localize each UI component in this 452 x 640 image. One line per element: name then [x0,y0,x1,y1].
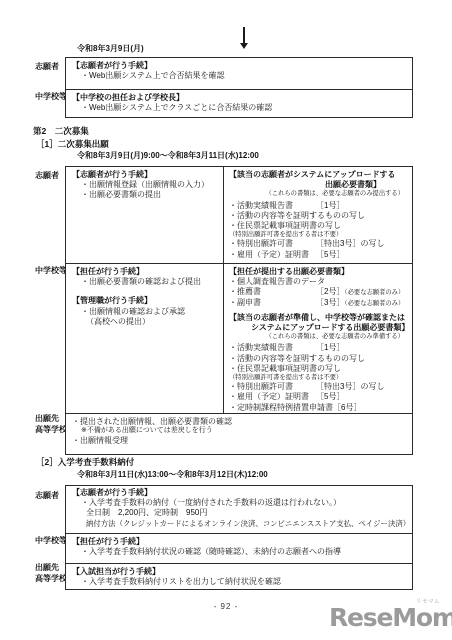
doc-tag: ［1号］ [316,201,344,210]
docs-header-line2: 出願必要書類】 [229,180,407,190]
doc-item: ・個人調査報告書のデータ [229,277,407,287]
table-row-jhs: 【担任が行う手続】 ・入学考査手数料納付状況の確認（随時確認）、未納付の志願者へ… [66,533,412,563]
doc-item: ・雇用（予定）証明書［5号］ [229,392,407,402]
row-label-dest-line1: 出願先 [35,414,59,424]
procedure-header: 【中学校の担任および学校長】 [72,93,406,103]
s2-date: 令和8年3月11日(水)13:00～令和8年3月12日(木)12:00 [77,470,268,480]
doc-item: ・推薦書［2号］（必要な志願者のみ） [229,287,407,297]
procedure-item: ・入学考査手数料納付リストを出力して納付状況を確認 [72,577,406,587]
table-row: 【志願者が行う手続】 ・Web出願システム上で合否結果を確認 [66,58,412,89]
document-page: 令和8年3月9日(月) 志願者 中学校等 【志願者が行う手続】 ・Web出願シス… [0,0,452,640]
resemom-logo-ruby: リセマム [416,599,440,606]
s1-date: 令和8年3月9日(月)9:00～令和8年3月11日(水)12:00 [77,151,259,161]
procedure-item: ・出願必要書類の提出 [72,190,217,200]
doc-item: ・特別出願許可書［特出3号］の写し [229,382,407,392]
procedure-header: 【入試担当が行う手続】 [72,567,406,577]
procedure-item: ・入学考査手数料の納付（一度納付された手数料の返還は行われない。） [72,498,406,508]
procedure-header: 【担任が行う手続】 [72,267,217,277]
row-label-applicant: 志願者 [35,491,59,501]
table-row-jhs: 【担任が行う手続】 ・出願必要書類の確認および提出 【管理職が行う手続】 ・出願… [66,263,412,413]
procedure-item: ・出願情報の確認および承認 [72,307,217,317]
procedure-item: ・提出された出願情報、出願必要書類の確認 [72,417,406,427]
section-heading-s2: ［2］入学考査手数料納付 [36,457,134,468]
doc-tag: ［5号］ [316,392,344,401]
procedure-item: ・Web出願システム上でクラスごとに合否結果の確認 [72,103,406,113]
row-label-jhs: 中学校等 [35,266,67,276]
result-table: 【志願者が行う手続】 ・Web出願システム上で合否結果を確認 【中学校の担任およ… [65,57,413,118]
docs-header: 【担任が提出する出願必要書類】 [229,267,407,277]
doc-item: ・住民票記載事項証明書の写し [229,221,407,231]
row-label-jhs: 中学校等 [35,92,67,102]
down-arrow-head [240,43,248,49]
row-label-dest-line1: 出願先 [35,563,59,573]
doc-item: ・定時制課程特例措置申請書［6号］ [229,403,407,413]
procedure-item: 全日制 2,200円、定時制 950円 [72,508,406,518]
procedure-item: ・入学考査手数料納付状況の確認（随時確認）、未納付の志願者への指導 [72,547,406,557]
docs-header-line1: 【該当の志願者が準備し、中学校等が確認または [229,313,407,323]
doc-subnote: （特別出願許可書を提出する者は不要） [229,374,407,382]
row-label-dest-line2: 高等学校 [35,574,67,584]
row-label-jhs: 中学校等 [35,536,67,546]
doc-note: （必要な志願者のみ） [344,300,404,307]
procedure-header: 【担任が行う手続】 [72,537,406,547]
doc-tag: ［2号］ [316,287,344,296]
procedure-note: ※不備がある出願については差戻しを行う [72,427,406,436]
table-row-dest: ・提出された出願情報、出願必要書類の確認 ※不備がある出願については差戻しを行う… [66,413,412,456]
section-heading-s1: ［1］二次募集出願 [36,139,109,150]
procedure-item: ・出願必要書類の確認および提出 [72,277,217,287]
table-row-applicant: 【志願者が行う手続】 ・入学考査手数料の納付（一度納付された手数料の返還は行われ… [66,486,412,533]
table-row-applicant: 【志願者が行う手続】 ・出願情報登録（出願情報の入力） ・出願必要書類の提出 【… [66,167,412,263]
doc-tag: ［特出3号］の写し [316,239,384,248]
docs-header-line1: 【該当の志願者がシステムにアップロードする [229,170,407,180]
doc-tag: ［1号］ [316,343,344,352]
fee-table: 【志願者が行う手続】 ・入学考査手数料の納付（一度納付された手数料の返還は行われ… [65,485,413,590]
section-heading-part2: 第2 二次募集 [33,126,89,137]
resemom-logo: リセマム ReseMom. [329,598,449,636]
doc-item: ・住民票記載事項証明書の写し [229,364,407,374]
procedure-item: ・Web出願システム上で合否結果を確認 [72,71,406,81]
row-label-applicant: 志願者 [35,171,59,181]
down-arrow-line [243,27,245,44]
procedure-header: 【志願者が行う手続】 [72,61,406,71]
procedure-item: ・出願情報登録（出願情報の入力） [72,180,217,190]
doc-item: ・活動の内容等を証明するものの写し [229,211,407,221]
row-label-dest-line2: 高等学校 [35,425,67,435]
procedure-header: 【志願者が行う手続】 [72,170,217,180]
procedure-item: ・出願情報受理 [72,436,406,446]
docs-header-line2: システムにアップロードする出願必要書類】 [229,323,407,333]
procedure-header: 【管理職が行う手続】 [72,296,217,306]
doc-tag: ［特出3号］の写し [316,382,384,391]
resemom-logo-text: ReseMom. [329,605,449,630]
doc-item: ・雇用（予定）証明書［5号］ [229,250,407,260]
doc-item: ・活動実績報告書［1号］ [229,343,407,353]
doc-item: ・特別出願許可書［特出3号］の写し [229,239,407,249]
doc-note: （必要な志願者のみ） [344,289,404,296]
result-date: 令和8年3月9日(月) [77,44,144,54]
procedure-item: 納付方法（クレジットカードによるオンライン決済、コンビニエンスストア支払、ペイジ… [72,519,406,528]
row-label-applicant: 志願者 [35,62,59,72]
doc-item: ・副申書［3号］（必要な志願者のみ） [229,298,407,308]
doc-item: ・活動の内容等を証明するものの写し [229,354,407,364]
docs-note: （これらの書類は、必要な志願者のみ準備する） [229,333,407,341]
table-row: 【中学校の担任および学校長】 ・Web出願システム上でクラスごとに合否結果の確認 [66,89,412,118]
application-table: 【志願者が行う手続】 ・出願情報登録（出願情報の入力） ・出願必要書類の提出 【… [65,166,413,455]
procedure-header: 【志願者が行う手続】 [72,488,406,498]
table-row-dest: 【入試担当が行う手続】 ・入学考査手数料納付リストを出力して納付状況を確認 [66,563,412,591]
docs-note: （これらの書類は、必要な志願者のみ提出する） [229,190,407,198]
doc-tag: ［3号］ [316,298,344,307]
doc-item: ・活動実績報告書［1号］ [229,201,407,211]
doc-tag: ［5号］ [316,250,344,259]
procedure-item: （高校への提出） [72,317,217,327]
